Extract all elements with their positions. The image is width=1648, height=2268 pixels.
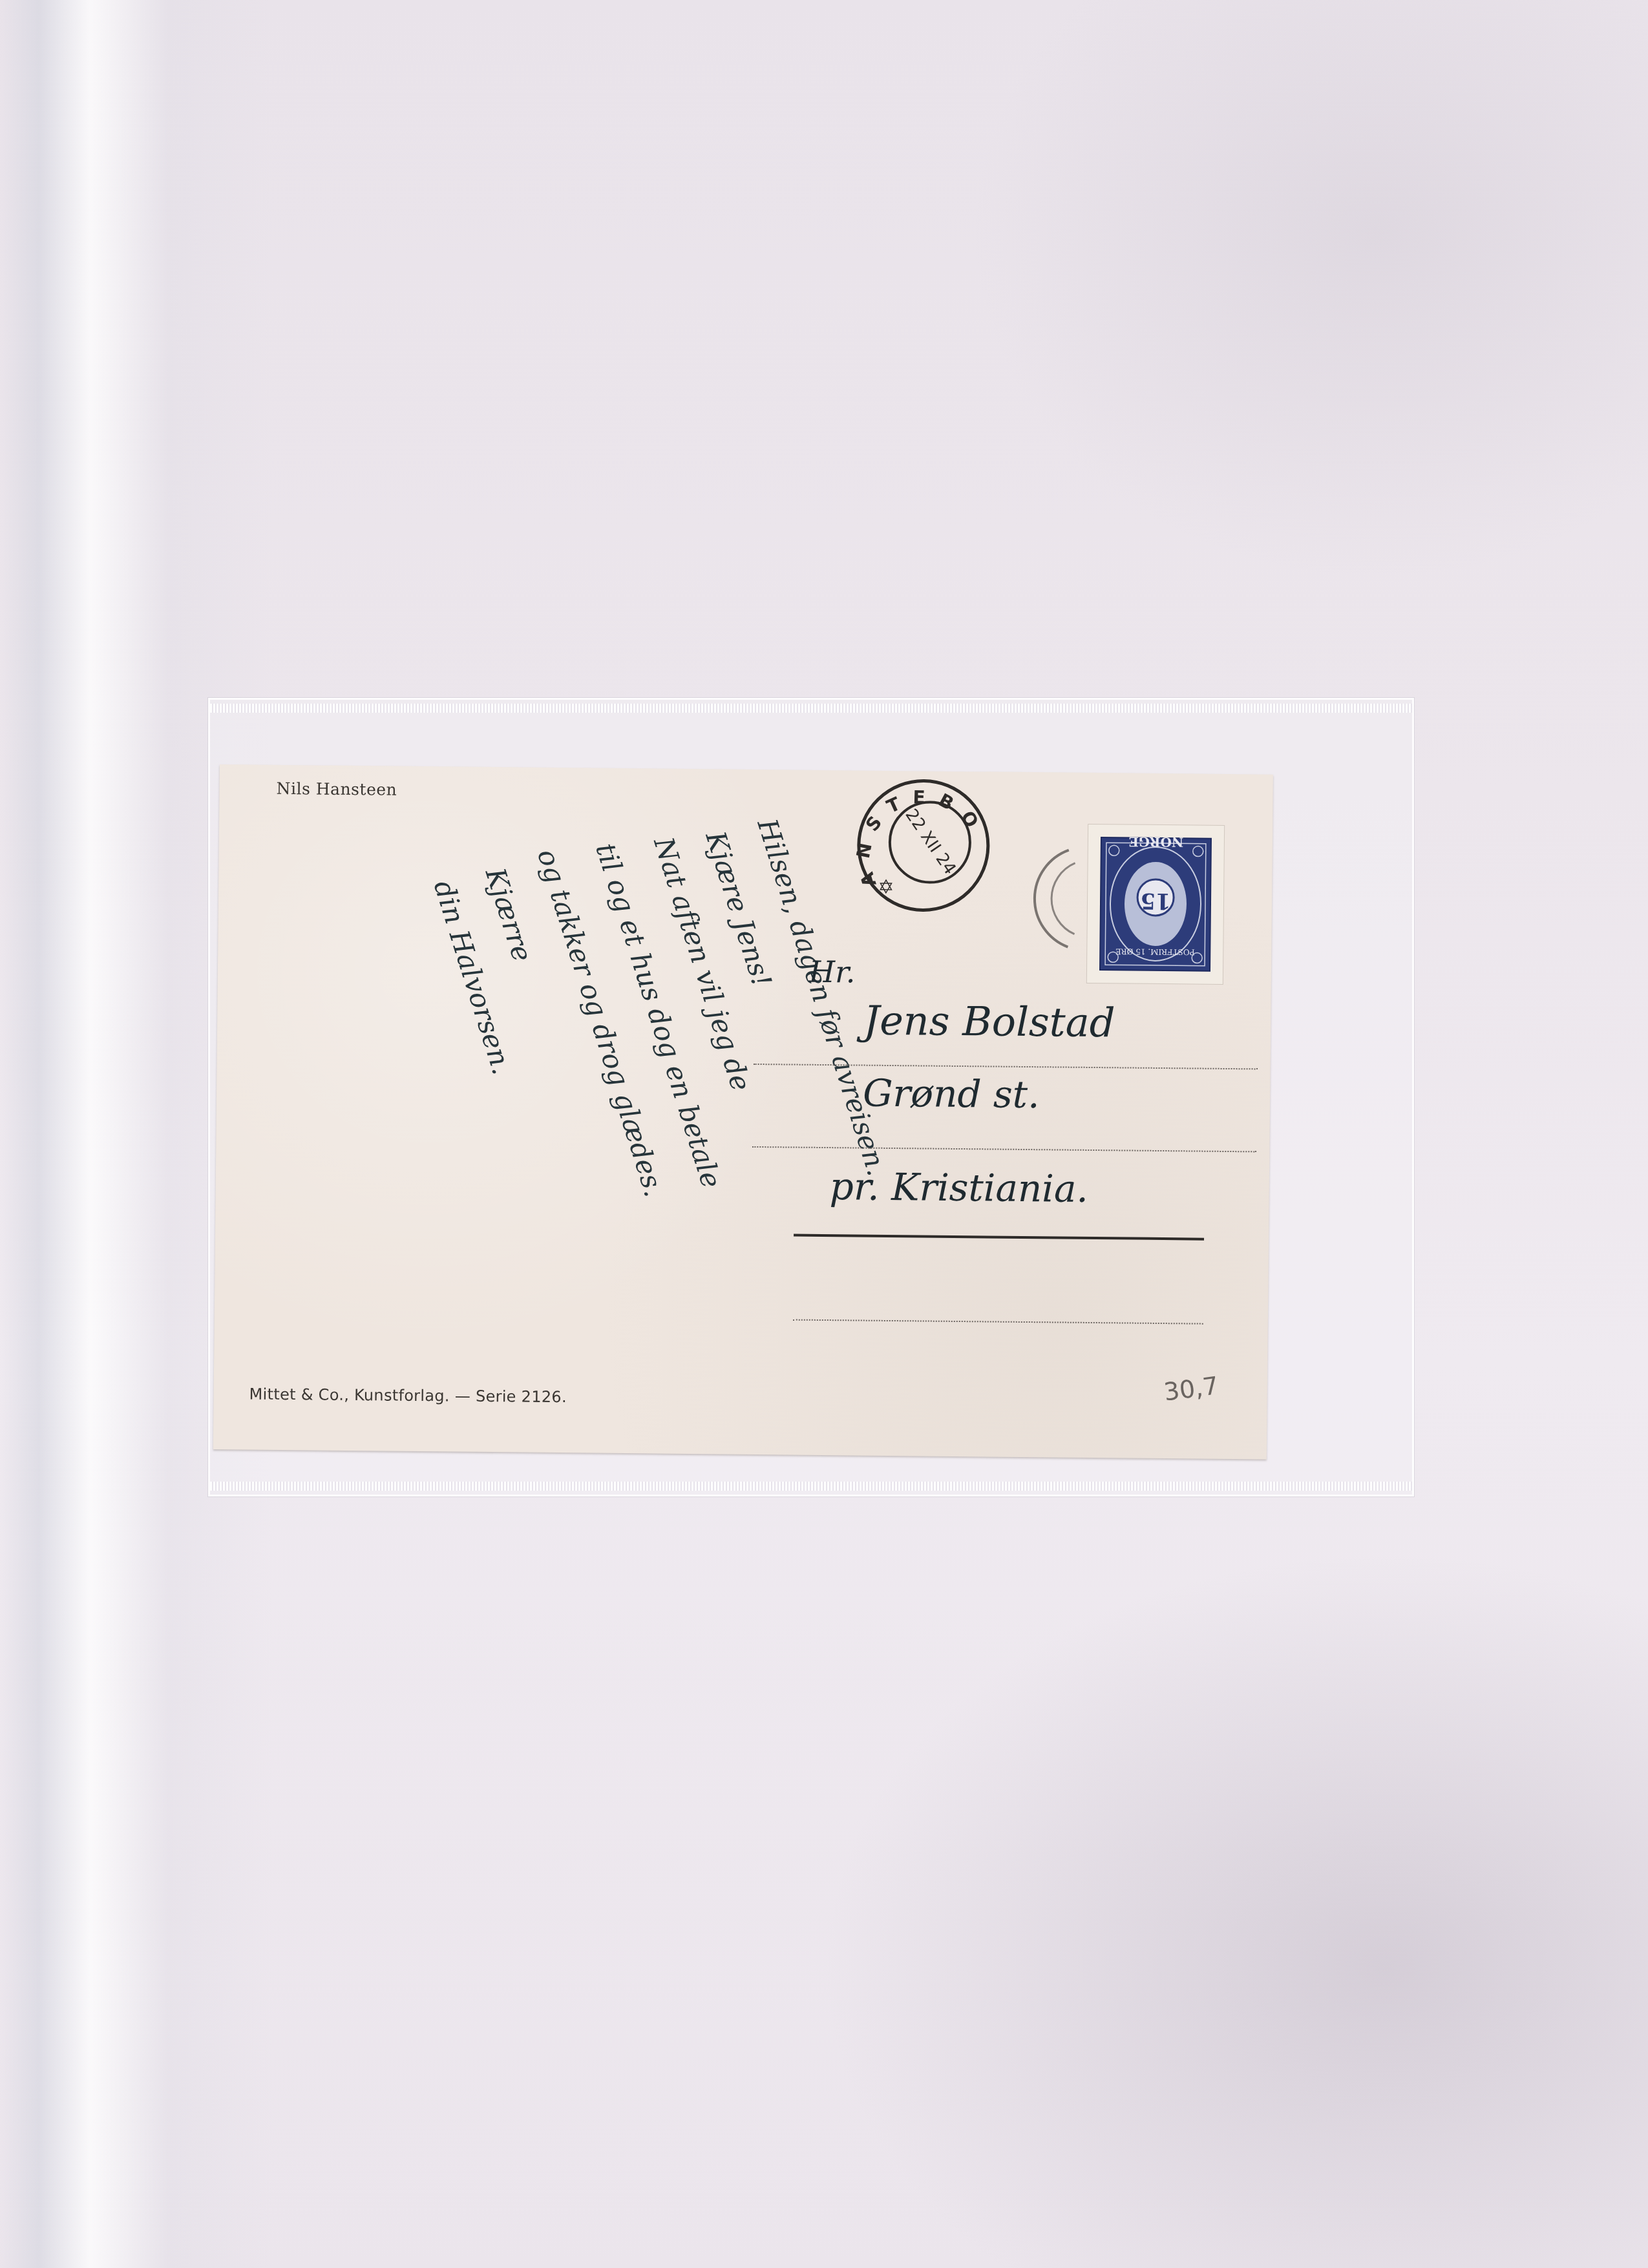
sleeve-seal-bottom <box>210 1482 1412 1491</box>
stamp-inscription: POSTFRIM. 15 ØRE <box>1115 947 1195 956</box>
star-icon: ✡ <box>878 876 894 899</box>
address-rule <box>752 1146 1256 1152</box>
address-salutation: Hr. <box>809 954 856 990</box>
message-line: Kjærre <box>480 864 538 965</box>
background-shading <box>969 0 1648 582</box>
handwritten-message: Hilsen, dagen før avreisen. Kjære Jens! … <box>311 797 795 1383</box>
postcard: Nils Hansteen Hilsen, dagen før avreisen… <box>213 764 1273 1460</box>
address-city: pr. Kristiania. <box>829 1164 1088 1211</box>
stamp-value: 15 <box>1140 888 1171 914</box>
address-name: Jens Bolstad <box>863 997 1115 1047</box>
address-rule <box>793 1319 1203 1325</box>
postmark-cancel: ANSTEBO 22 XII 24 ✡ <box>852 773 995 917</box>
sleeve-seal-top <box>210 704 1412 713</box>
postmark-date: 22 XII 24 <box>902 806 960 879</box>
stamp-country: NORGE <box>1128 834 1183 850</box>
background-shading <box>776 1518 1648 2268</box>
artist-caption: Nils Hansteen <box>277 779 397 799</box>
address-street: Grønd st. <box>863 1071 1040 1117</box>
postage-stamp: 15 NORGE POSTFRIM. 15 ØRE <box>1087 824 1224 984</box>
postmark-cancel-partial <box>990 843 1082 953</box>
pencil-note: 30,7 <box>1162 1371 1220 1407</box>
address-underline <box>794 1234 1204 1241</box>
publisher-caption: Mittet & Co., Kunstforlag. — Serie 2126. <box>249 1385 567 1406</box>
